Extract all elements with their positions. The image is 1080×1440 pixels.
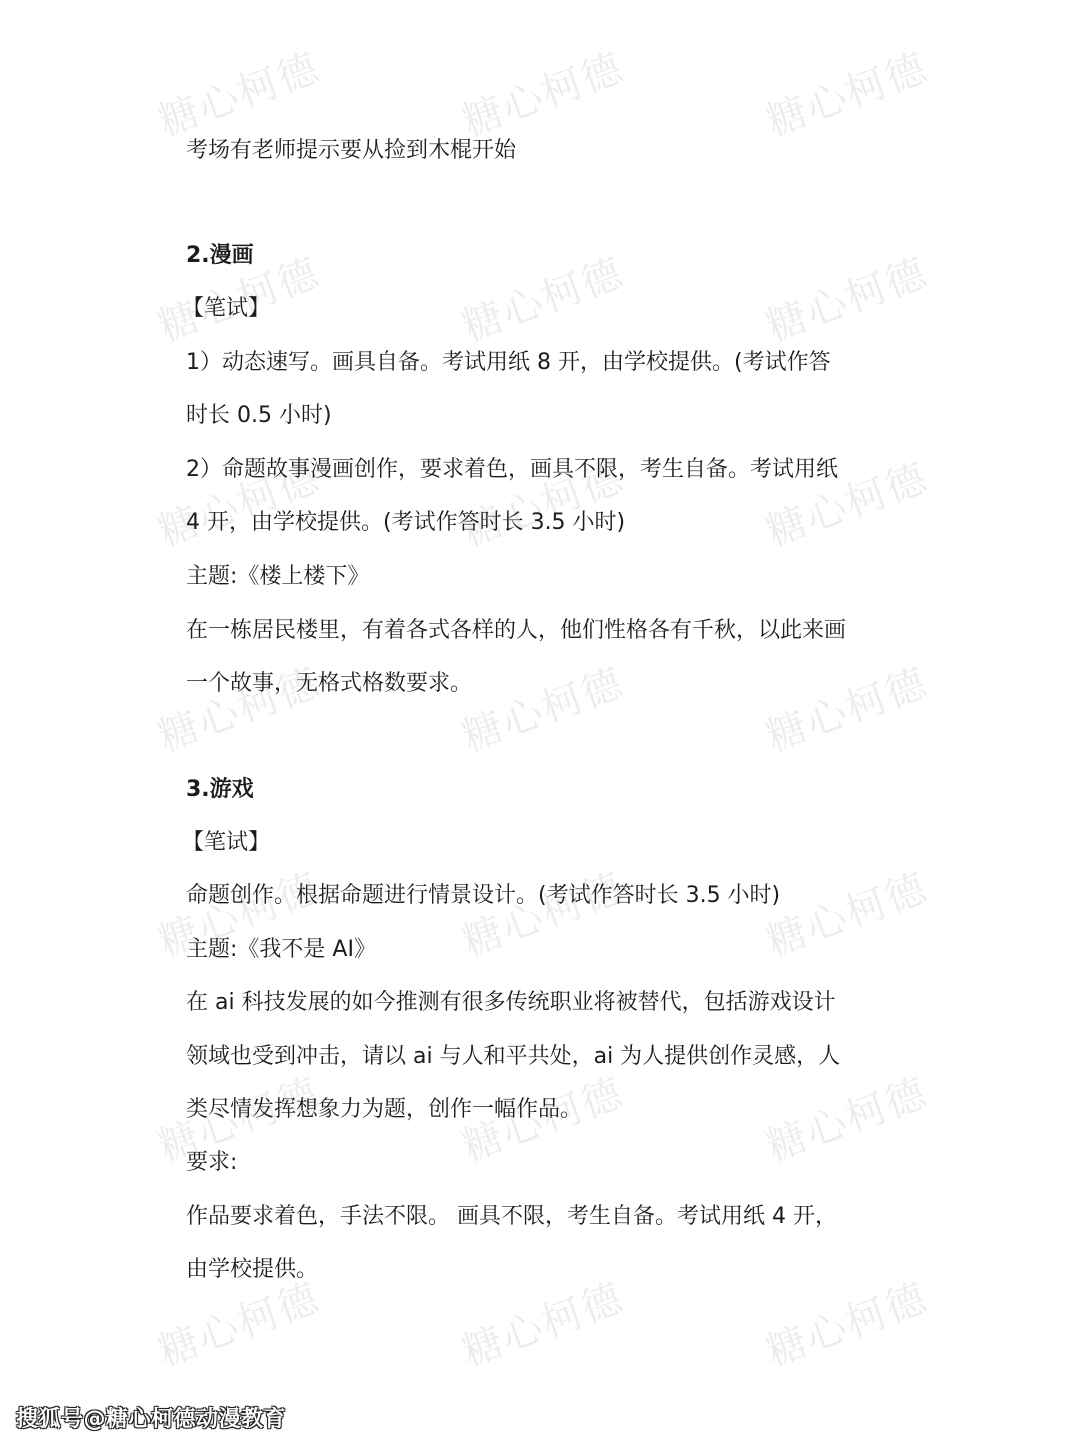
watermark-text: 糖心柯德 xyxy=(757,241,934,352)
game-desc-line1: 在 ai 科技发展的如今推测有很多传统职业将被替代，包括游戏设计 xyxy=(186,988,836,1018)
watermark-text: 糖心柯德 xyxy=(453,36,630,147)
watermark-text: 糖心柯德 xyxy=(757,36,934,147)
comic-item1-line1: 1）动态速写。画具自备。考试用纸 8 开，由学校提供。(考试作答 xyxy=(186,348,831,378)
game-desc-line3: 类尽情发挥想象力为题，创作一幅作品。 xyxy=(186,1095,582,1125)
comic-item2-line1: 2）命题故事漫画创作，要求着色，画具不限，考生自备。考试用纸 xyxy=(186,455,838,485)
watermark-text: 糖心柯德 xyxy=(453,1266,630,1377)
game-requirement-line2: 由学校提供。 xyxy=(186,1255,318,1285)
game-task: 命题创作。根据命题进行情景设计。(考试作答时长 3.5 小时) xyxy=(186,881,780,911)
watermark-text: 糖心柯德 xyxy=(757,1266,934,1377)
watermark-text: 糖心柯德 xyxy=(149,36,326,147)
watermark-text: 糖心柯德 xyxy=(757,1061,934,1172)
comic-desc-line2: 一个故事，无格式格数要求。 xyxy=(186,669,472,699)
section-subheading-written-exam: 【笔试】 xyxy=(182,828,270,858)
watermark-text: 糖心柯德 xyxy=(453,241,630,352)
comic-desc-line1: 在一栋居民楼里，有着各式各样的人，他们性格各有千秋，以此来画 xyxy=(186,616,846,646)
section-subheading-written-exam: 【笔试】 xyxy=(182,294,270,324)
game-requirement-label: 要求: xyxy=(186,1148,237,1178)
game-desc-line2: 领域也受到冲击，请以 ai 与人和平共处，ai 为人提供创作灵感，人 xyxy=(186,1042,840,1072)
game-requirement-line1: 作品要求着色，手法不限。 画具不限，考生自备。考试用纸 4 开， xyxy=(186,1202,837,1232)
watermark-text: 糖心柯德 xyxy=(453,651,630,762)
comic-item2-line2: 4 开，由学校提供。(考试作答时长 3.5 小时) xyxy=(186,508,625,538)
comic-item1-line2: 时长 0.5 小时) xyxy=(186,401,332,431)
watermark-text: 糖心柯德 xyxy=(453,856,630,967)
section-heading-comic: 2.漫画 xyxy=(186,241,254,271)
game-theme: 主题:《我不是 AI》 xyxy=(186,935,376,965)
comic-theme: 主题:《楼上楼下》 xyxy=(186,562,369,592)
source-attribution: 搜狐号@糖心柯德动漫教育 xyxy=(16,1402,286,1433)
section-heading-game: 3.游戏 xyxy=(186,775,254,805)
watermark-text: 糖心柯德 xyxy=(757,651,934,762)
watermark-text: 糖心柯德 xyxy=(757,856,934,967)
intro-line: 考场有老师提示要从捡到木棍开始 xyxy=(186,136,516,166)
